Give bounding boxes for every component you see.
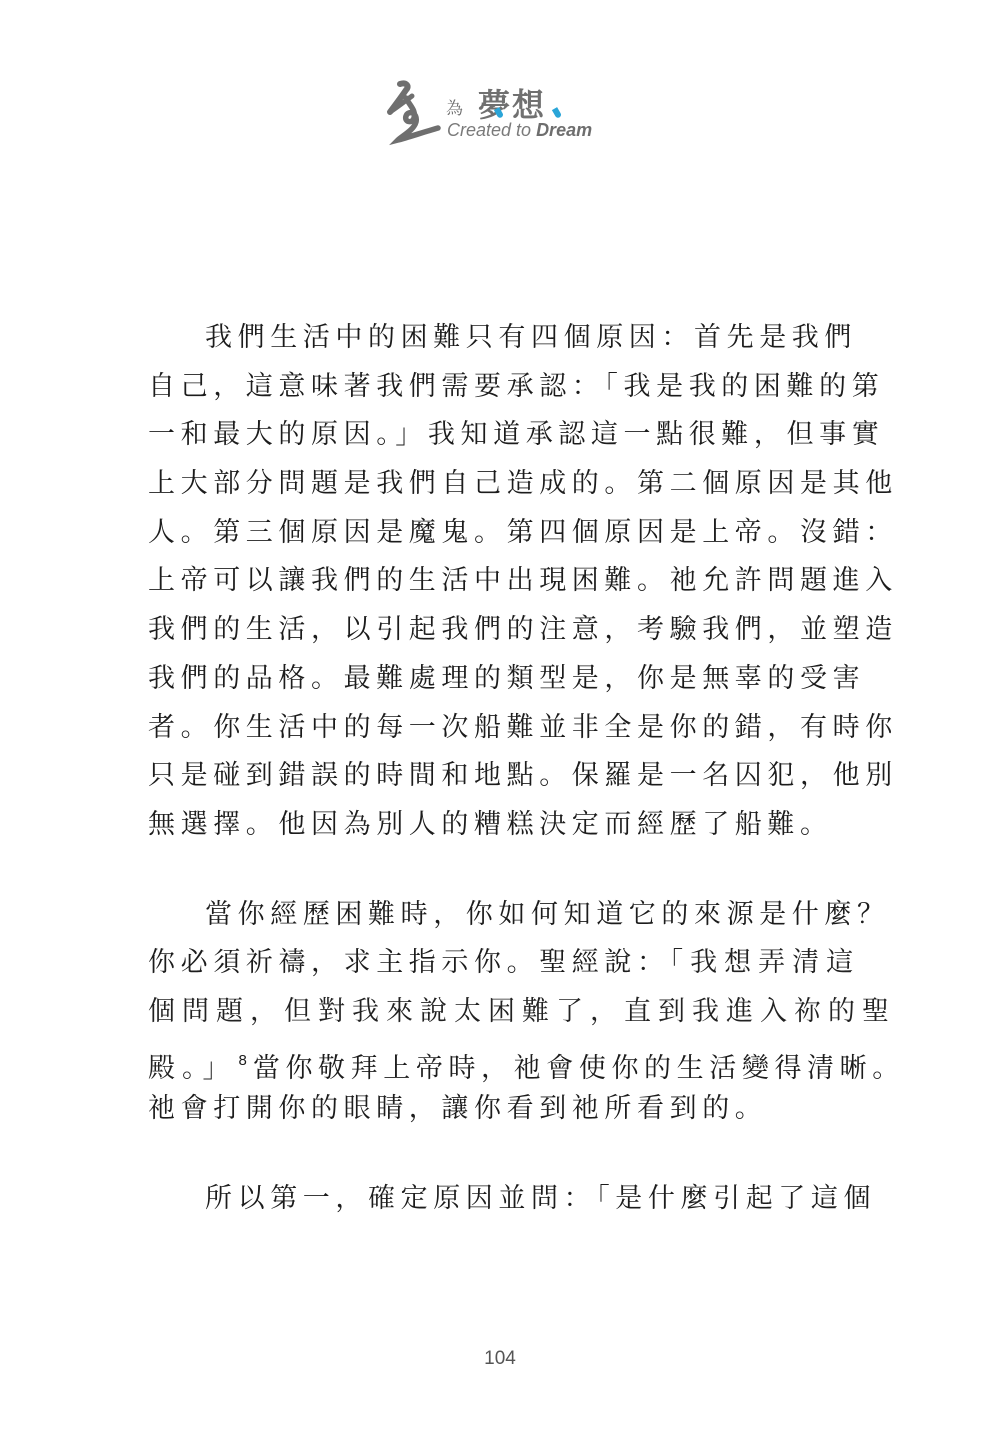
logo-en-prefix: Created to [447, 120, 536, 140]
scripture-quote: 「我想弄清這 [670, 947, 861, 978]
text-line: 你必須祈禱，求主指示你。聖經說：「我想弄清這 [148, 939, 824, 988]
text-line: 上大部分問題是我們自己造成的。第二個原因是其他 [148, 460, 824, 509]
text-line: 無選擇。他因為別人的糟糕決定而經歷了船難。 [148, 801, 824, 850]
page-body: 我們生活中的困難只有四個原因：首先是我們 自己，這意味著我們需要承認：「我是我的… [148, 314, 824, 1224]
text-line: 殿。」8當你敬拜上帝時，祂會使你的生活變得清晰。 [148, 1037, 824, 1086]
text-line: 我們的生活，以引起我們的注意，考驗我們，並塑造 [148, 606, 824, 655]
text-line: 當你經歷困難時，你如何知道它的來源是什麼？ [148, 891, 824, 940]
text-line: 一和最大的原因。」我知道承認這一點很難，但事實 [148, 411, 824, 460]
text-line: 我們生活中的困難只有四個原因：首先是我們 [148, 314, 824, 363]
text-line: 祂會打開你的眼睛，讓你看到祂所看到的。 [148, 1085, 824, 1134]
text-line: 者。你生活中的每一次船難並非全是你的錯，有時你 [148, 704, 824, 753]
book-title-logo: 為 夢想 Created to Dream [376, 78, 606, 150]
logo-blue-accent [552, 107, 562, 119]
body-text-span: 你必須祈禱，求主指示你。聖經說： [148, 947, 670, 978]
paragraph-1: 我們生活中的困難只有四個原因：首先是我們 自己，這意味著我們需要承認：「我是我的… [148, 314, 824, 850]
text-line: 人。第三個原因是魔鬼。第四個原因是上帝。沒錯： [148, 509, 824, 558]
text-line: 上帝可以讓我們的生活中出現困難。祂允許問題進入 [148, 557, 824, 606]
scripture-quote: 殿。」 [148, 1053, 237, 1084]
calligraphy-sheng-icon [376, 78, 448, 150]
text-line: 我們的品格。最難處理的類型是，你是無辜的受害 [148, 655, 824, 704]
paragraph-spacer [148, 1134, 824, 1175]
footnote-reference[interactable]: 8 [239, 1052, 247, 1069]
logo-english-subtitle: Created to Dream [447, 120, 592, 141]
page-number: 104 [0, 1348, 1000, 1370]
text-line: 所以第一，確定原因並問：「是什麼引起了這個 [148, 1175, 824, 1224]
paragraph-2: 當你經歷困難時，你如何知道它的來源是什麼？ 你必須祈禱，求主指示你。聖經說：「我… [148, 891, 824, 1134]
paragraph-3: 所以第一，確定原因並問：「是什麼引起了這個 [148, 1175, 824, 1224]
paragraph-spacer [148, 850, 824, 891]
logo-en-bold: Dream [536, 120, 592, 140]
scripture-quote-line: 個問題，但對我來說太困難了，直到我進入祢的聖 [148, 988, 824, 1037]
text-line: 只是碰到錯誤的時間和地點。保羅是一名囚犯，他別 [148, 752, 824, 801]
logo-wei-char: 為 [446, 94, 463, 119]
body-text-span: 當你敬拜上帝時，祂會使你的生活變得清晰。 [253, 1053, 905, 1084]
text-line: 自己，這意味著我們需要承認：「我是我的困難的第 [148, 363, 824, 412]
